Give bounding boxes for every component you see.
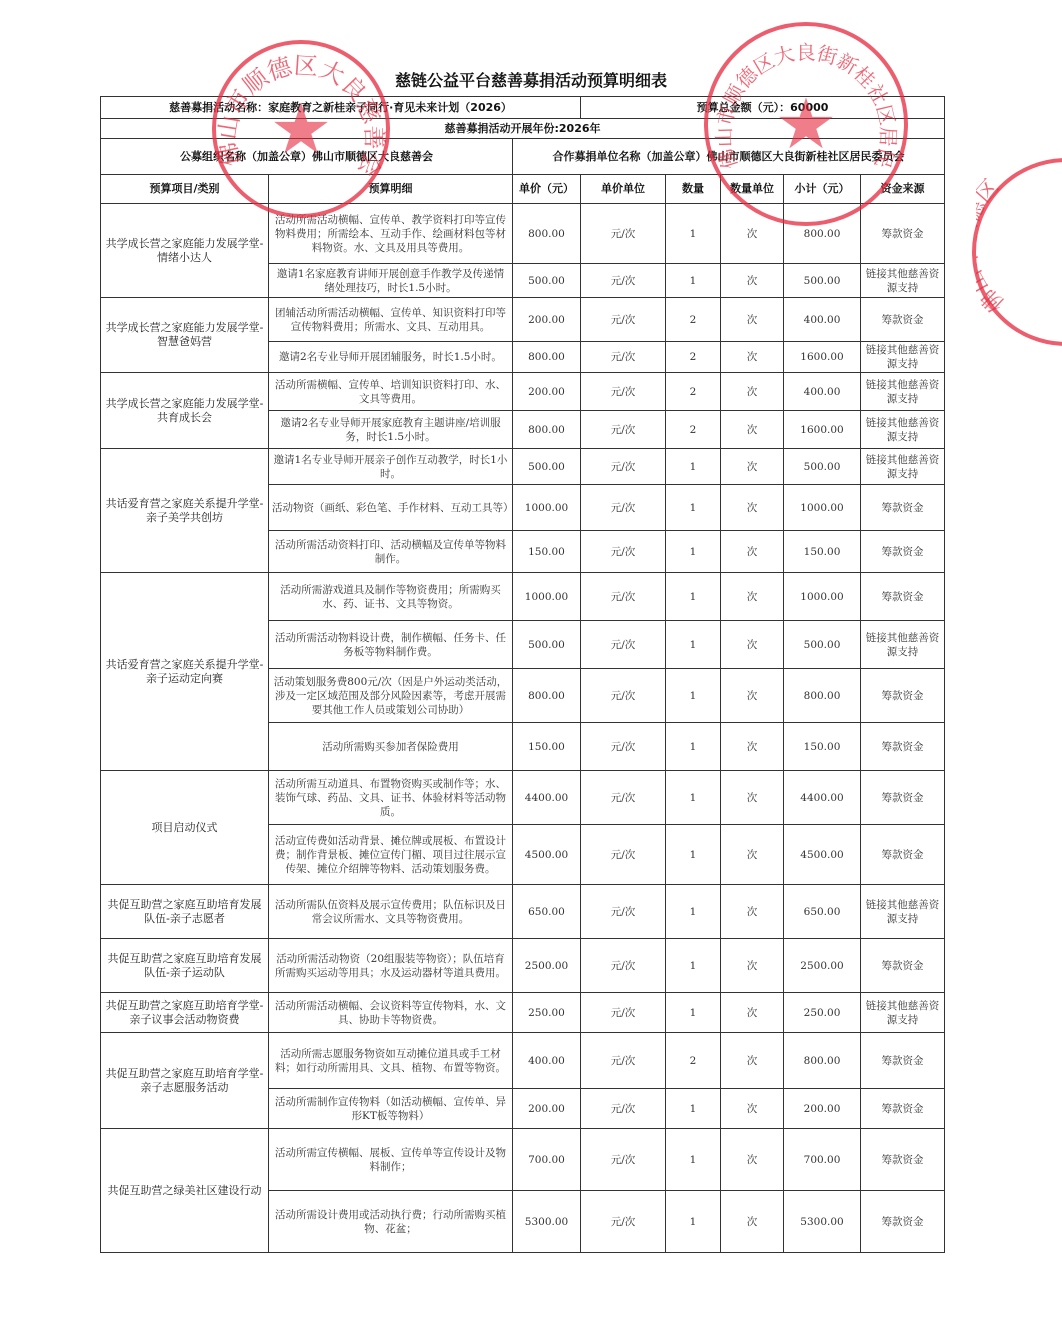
budget-detail: 活动物资（画纸、彩色笔、手作材料、互动工具等） — [269, 485, 513, 531]
budget-category: 共话爱育营之家庭关系提升学堂-亲子美学共创坊 — [101, 449, 269, 573]
quantity: 1 — [666, 723, 721, 771]
budget-detail: 活动宣传费如活动背景、摊位牌或展板、布置设计费；制作背景板、摊位宣传门楣、项目过… — [269, 825, 513, 885]
price-unit: 元/次 — [581, 1089, 666, 1129]
col-category: 预算项目/类别 — [101, 175, 269, 204]
budget-detail: 活动所需活动横幅、会议资料等宣传物料，水、文具、协助卡等物资费。 — [269, 993, 513, 1033]
subtotal: 150.00 — [784, 531, 861, 573]
document-title: 慈链公益平台慈善募捐活动预算明细表 — [0, 68, 1062, 91]
subtotal: 800.00 — [784, 669, 861, 723]
budget-category: 共促互助营之家庭互助培育学堂-亲子议事会活动物资费 — [101, 993, 269, 1033]
budget-category: 共促互助营之绿美社区建设行动 — [101, 1129, 269, 1253]
price-unit: 元/次 — [581, 885, 666, 939]
fund-source: 链接其他慈善资源支持 — [861, 342, 945, 373]
fund-source: 筹款资金 — [861, 485, 945, 531]
quantity: 1 — [666, 1191, 721, 1253]
budget-detail: 邀请2名专业导师开展家庭教育主题讲座/培训服务，时长1.5小时。 — [269, 411, 513, 449]
quantity: 1 — [666, 1129, 721, 1191]
budget-detail: 活动所需游戏道具及制作等物资费用；所需购买水、药、证书、文具等物资。 — [269, 573, 513, 621]
unit-price: 800.00 — [513, 342, 581, 373]
budget-detail: 邀请1名专业导师开展亲子创作互动教学，时长1小时。 — [269, 449, 513, 485]
quantity-unit: 次 — [721, 449, 784, 485]
col-quantity: 数量 — [666, 175, 721, 204]
quantity-unit: 次 — [721, 1033, 784, 1089]
unit-price: 1000.00 — [513, 485, 581, 531]
quantity: 2 — [666, 298, 721, 342]
quantity: 1 — [666, 669, 721, 723]
price-unit: 元/次 — [581, 373, 666, 411]
unit-price: 500.00 — [513, 449, 581, 485]
price-unit: 元/次 — [581, 621, 666, 669]
unit-price: 150.00 — [513, 531, 581, 573]
budget-detail: 活动所需购买参加者保险费用 — [269, 723, 513, 771]
quantity: 1 — [666, 885, 721, 939]
activity-year-label: 慈善募捐活动开展年份: — [445, 122, 559, 135]
quantity-unit: 次 — [721, 373, 784, 411]
price-unit: 元/次 — [581, 1191, 666, 1253]
table-row: 共话爱育营之家庭关系提升学堂-亲子美学共创坊邀请1名专业导师开展亲子创作互动教学… — [101, 449, 945, 485]
quantity: 1 — [666, 993, 721, 1033]
quantity: 1 — [666, 771, 721, 825]
budget-category: 共话爱育营之家庭关系提升学堂-亲子运动定向赛 — [101, 573, 269, 771]
quantity: 1 — [666, 204, 721, 264]
price-unit: 元/次 — [581, 669, 666, 723]
quantity-unit: 次 — [721, 771, 784, 825]
table-row: 共学成长营之家庭能力发展学堂-情绪小达人活动所需活动横幅、宣传单、教学资料打印等… — [101, 204, 945, 264]
seal-ring-text: 佛山市顺德区 — [976, 162, 1062, 342]
budget-detail: 活动所需队伍资料及展示宣传费用；队伍标识及日常会议所需水、文具等物资费用。 — [269, 885, 513, 939]
seal-partial-right: 佛山市顺德区 — [972, 158, 1062, 346]
quantity: 1 — [666, 621, 721, 669]
price-unit: 元/次 — [581, 993, 666, 1033]
activity-year: 2026年 — [559, 122, 601, 135]
budget-detail: 活动所需志愿服务物资如互动摊位道具或手工材料；如行动所需用具、文具、植物、布置等… — [269, 1033, 513, 1089]
activity-name-cell: 慈善募捐活动名称：家庭教育之新桂亲子同行·育见未来计划（2026） — [101, 97, 581, 119]
table-row: 共促互助营之绿美社区建设行动活动所需宣传横幅、展板、宣传单等宣传设计及物料制作；… — [101, 1129, 945, 1191]
quantity-unit: 次 — [721, 485, 784, 531]
unit-price: 150.00 — [513, 723, 581, 771]
budget-detail: 邀请2名专业导师开展团辅服务，时长1.5小时。 — [269, 342, 513, 373]
quantity-unit: 次 — [721, 825, 784, 885]
activity-year-cell: 慈善募捐活动开展年份:2026年 — [101, 119, 945, 139]
subtotal: 500.00 — [784, 449, 861, 485]
fund-source: 筹款资金 — [861, 1089, 945, 1129]
table-row: 共促互助营之家庭互助培育发展队伍-亲子志愿者活动所需队伍资料及展示宣传费用；队伍… — [101, 885, 945, 939]
subtotal: 150.00 — [784, 723, 861, 771]
quantity: 2 — [666, 373, 721, 411]
fund-source: 链接其他慈善资源支持 — [861, 264, 945, 298]
subtotal: 400.00 — [784, 298, 861, 342]
price-unit: 元/次 — [581, 939, 666, 993]
org-name: 佛山市顺德区大良慈善会 — [312, 150, 433, 163]
budget-category: 共学成长营之家庭能力发展学堂-共育成长会 — [101, 373, 269, 449]
fund-source: 筹款资金 — [861, 723, 945, 771]
fund-source: 筹款资金 — [861, 1191, 945, 1253]
quantity-unit: 次 — [721, 1191, 784, 1253]
quantity-unit: 次 — [721, 1129, 784, 1191]
unit-price: 500.00 — [513, 621, 581, 669]
budget-detail: 活动策划服务费800元/次（因是户外运动类活动，涉及一定区域范围及部分风险因素等… — [269, 669, 513, 723]
org-name-cell: 公募组织名称（加盖公章）佛山市顺德区大良慈善会 — [101, 139, 513, 175]
activity-name-label: 慈善募捐活动名称： — [169, 101, 268, 114]
subtotal: 5300.00 — [784, 1191, 861, 1253]
table-row: 共促互助营之家庭互助培育学堂-亲子议事会活动物资费活动所需活动横幅、会议资料等宣… — [101, 993, 945, 1033]
quantity-unit: 次 — [721, 621, 784, 669]
budget-total-label: 预算总金额（元）： — [697, 101, 791, 114]
quantity-unit: 次 — [721, 939, 784, 993]
unit-price: 1000.00 — [513, 573, 581, 621]
quantity: 1 — [666, 264, 721, 298]
subtotal: 650.00 — [784, 885, 861, 939]
quantity-unit: 次 — [721, 993, 784, 1033]
fund-source: 筹款资金 — [861, 531, 945, 573]
fund-source: 链接其他慈善资源支持 — [861, 621, 945, 669]
subtotal: 400.00 — [784, 373, 861, 411]
unit-price: 5300.00 — [513, 1191, 581, 1253]
col-quantity-unit: 数量单位 — [721, 175, 784, 204]
unit-price: 650.00 — [513, 885, 581, 939]
budget-category: 共学成长营之家庭能力发展学堂-情绪小达人 — [101, 204, 269, 298]
unit-price: 200.00 — [513, 298, 581, 342]
budget-detail: 活动所需宣传横幅、展板、宣传单等宣传设计及物料制作； — [269, 1129, 513, 1191]
unit-price: 250.00 — [513, 993, 581, 1033]
quantity-unit: 次 — [721, 204, 784, 264]
price-unit: 元/次 — [581, 723, 666, 771]
budget-detail: 活动所需活动物资（20组服装等物资）；队伍培育所需购买运动等用具；水及运动器材等… — [269, 939, 513, 993]
quantity-unit: 次 — [721, 1089, 784, 1129]
subtotal: 4400.00 — [784, 771, 861, 825]
price-unit: 元/次 — [581, 825, 666, 885]
subtotal: 800.00 — [784, 1033, 861, 1089]
fund-source: 链接其他慈善资源支持 — [861, 373, 945, 411]
budget-detail: 活动所需制作宣传物料（如活动横幅、宣传单、异形KT板等物料） — [269, 1089, 513, 1129]
unit-price: 4500.00 — [513, 825, 581, 885]
quantity-unit: 次 — [721, 411, 784, 449]
budget-category: 共学成长营之家庭能力发展学堂-智慧爸妈营 — [101, 298, 269, 373]
quantity: 1 — [666, 449, 721, 485]
unit-price: 2500.00 — [513, 939, 581, 993]
quantity: 2 — [666, 1033, 721, 1089]
subtotal: 800.00 — [784, 204, 861, 264]
price-unit: 元/次 — [581, 771, 666, 825]
fund-source: 链接其他慈善资源支持 — [861, 411, 945, 449]
partner-name: 佛山市顺德区大良街新桂社区居民委员会 — [707, 150, 905, 163]
col-unit-price: 单价（元） — [513, 175, 581, 204]
unit-price: 700.00 — [513, 1129, 581, 1191]
fund-source: 筹款资金 — [861, 771, 945, 825]
fund-source: 筹款资金 — [861, 939, 945, 993]
quantity-unit: 次 — [721, 264, 784, 298]
budget-detail: 邀请1名家庭教育讲师开展创意手作教学及传递情绪处理技巧，时长1.5小时。 — [269, 264, 513, 298]
subtotal: 1000.00 — [784, 485, 861, 531]
fund-source: 筹款资金 — [861, 573, 945, 621]
quantity-unit: 次 — [721, 885, 784, 939]
quantity: 2 — [666, 342, 721, 373]
quantity: 1 — [666, 825, 721, 885]
unit-price: 200.00 — [513, 373, 581, 411]
quantity: 1 — [666, 485, 721, 531]
unit-price: 800.00 — [513, 204, 581, 264]
price-unit: 元/次 — [581, 1033, 666, 1089]
table-row: 项目启动仪式活动所需互动道具、布置物资购买或制作等；水、装饰气球、药品、文具、证… — [101, 771, 945, 825]
unit-price: 500.00 — [513, 264, 581, 298]
col-price-unit: 单价单位 — [581, 175, 666, 204]
unit-price: 400.00 — [513, 1033, 581, 1089]
partner-label: 合作募捐单位名称（加盖公章） — [553, 150, 707, 163]
budget-category: 项目启动仪式 — [101, 771, 269, 885]
budget-detail: 活动所需横幅、宣传单、培训知识资料打印、水、文具等费用。 — [269, 373, 513, 411]
price-unit: 元/次 — [581, 485, 666, 531]
quantity-unit: 次 — [721, 573, 784, 621]
subtotal: 250.00 — [784, 993, 861, 1033]
unit-price: 800.00 — [513, 411, 581, 449]
budget-detail: 活动所需设计费用或活动执行费；行动所需购买植物、花盆； — [269, 1191, 513, 1253]
fund-source: 筹款资金 — [861, 825, 945, 885]
quantity-unit: 次 — [721, 531, 784, 573]
budget-detail: 活动所需互动道具、布置物资购买或制作等；水、装饰气球、药品、文具、证书、体验材料… — [269, 771, 513, 825]
subtotal: 500.00 — [784, 621, 861, 669]
subtotal: 4500.00 — [784, 825, 861, 885]
fund-source: 筹款资金 — [861, 298, 945, 342]
quantity: 1 — [666, 939, 721, 993]
table-row: 共话爱育营之家庭关系提升学堂-亲子运动定向赛活动所需游戏道具及制作等物资费用；所… — [101, 573, 945, 621]
table-row: 共促互助营之家庭互助培育学堂-亲子志愿服务活动活动所需志愿服务物资如互动摊位道具… — [101, 1033, 945, 1089]
column-header-row: 预算项目/类别 预算明细 单价（元） 单价单位 数量 数量单位 小计（元） 资金… — [101, 175, 945, 204]
unit-price: 4400.00 — [513, 771, 581, 825]
budget-detail: 团辅活动所需活动横幅、宣传单、知识资料打印等宣传物料费用；所需水、文具、互动用具… — [269, 298, 513, 342]
table-row: 共学成长营之家庭能力发展学堂-共育成长会活动所需横幅、宣传单、培训知识资料打印、… — [101, 373, 945, 411]
subtotal: 500.00 — [784, 264, 861, 298]
budget-total: 60000 — [790, 101, 828, 114]
price-unit: 元/次 — [581, 531, 666, 573]
quantity-unit: 次 — [721, 669, 784, 723]
col-detail: 预算明细 — [269, 175, 513, 204]
price-unit: 元/次 — [581, 1129, 666, 1191]
org-label: 公募组织名称（加盖公章） — [180, 150, 312, 163]
quantity-unit: 次 — [721, 723, 784, 771]
col-fund-source: 资金来源 — [861, 175, 945, 204]
subtotal: 1600.00 — [784, 411, 861, 449]
budget-detail: 活动所需活动横幅、宣传单、教学资料打印等宣传物料费用；所需绘本、互动手作、绘画材… — [269, 204, 513, 264]
price-unit: 元/次 — [581, 264, 666, 298]
budget-category: 共促互助营之家庭互助培育发展队伍-亲子志愿者 — [101, 885, 269, 939]
quantity: 1 — [666, 1089, 721, 1129]
budget-category: 共促互助营之家庭互助培育学堂-亲子志愿服务活动 — [101, 1033, 269, 1129]
price-unit: 元/次 — [581, 298, 666, 342]
quantity-unit: 次 — [721, 298, 784, 342]
subtotal: 700.00 — [784, 1129, 861, 1191]
price-unit: 元/次 — [581, 449, 666, 485]
fund-source: 链接其他慈善资源支持 — [861, 993, 945, 1033]
price-unit: 元/次 — [581, 411, 666, 449]
unit-price: 800.00 — [513, 669, 581, 723]
svg-text:佛山市顺德区: 佛山市顺德区 — [976, 175, 1010, 317]
price-unit: 元/次 — [581, 204, 666, 264]
fund-source: 筹款资金 — [861, 1033, 945, 1089]
subtotal: 2500.00 — [784, 939, 861, 993]
unit-price: 200.00 — [513, 1089, 581, 1129]
fund-source: 筹款资金 — [861, 1129, 945, 1191]
quantity: 2 — [666, 411, 721, 449]
subtotal: 1000.00 — [784, 573, 861, 621]
partner-name-cell: 合作募捐单位名称（加盖公章）佛山市顺德区大良街新桂社区居民委员会 — [513, 139, 945, 175]
fund-source: 筹款资金 — [861, 204, 945, 264]
price-unit: 元/次 — [581, 342, 666, 373]
budget-total-cell: 预算总金额（元）：60000 — [581, 97, 945, 119]
subtotal: 1600.00 — [784, 342, 861, 373]
quantity: 1 — [666, 573, 721, 621]
table-row: 共促互助营之家庭互助培育发展队伍-亲子运动队活动所需活动物资（20组服装等物资）… — [101, 939, 945, 993]
fund-source: 链接其他慈善资源支持 — [861, 885, 945, 939]
activity-name: 家庭教育之新桂亲子同行·育见未来计划（2026） — [268, 101, 512, 114]
fund-source: 筹款资金 — [861, 669, 945, 723]
price-unit: 元/次 — [581, 573, 666, 621]
quantity: 1 — [666, 531, 721, 573]
budget-detail: 活动所需活动物料设计费，制作横幅、任务卡、任务板等物料制作费。 — [269, 621, 513, 669]
budget-detail: 活动所需活动资料打印、活动横幅及宣传单等物料制作。 — [269, 531, 513, 573]
budget-category: 共促互助营之家庭互助培育发展队伍-亲子运动队 — [101, 939, 269, 993]
table-row: 共学成长营之家庭能力发展学堂-智慧爸妈营团辅活动所需活动横幅、宣传单、知识资料打… — [101, 298, 945, 342]
subtotal: 200.00 — [784, 1089, 861, 1129]
col-subtotal: 小计（元） — [784, 175, 861, 204]
quantity-unit: 次 — [721, 342, 784, 373]
fund-source: 链接其他慈善资源支持 — [861, 449, 945, 485]
budget-table: 慈善募捐活动名称：家庭教育之新桂亲子同行·育见未来计划（2026） 预算总金额（… — [100, 96, 945, 1253]
